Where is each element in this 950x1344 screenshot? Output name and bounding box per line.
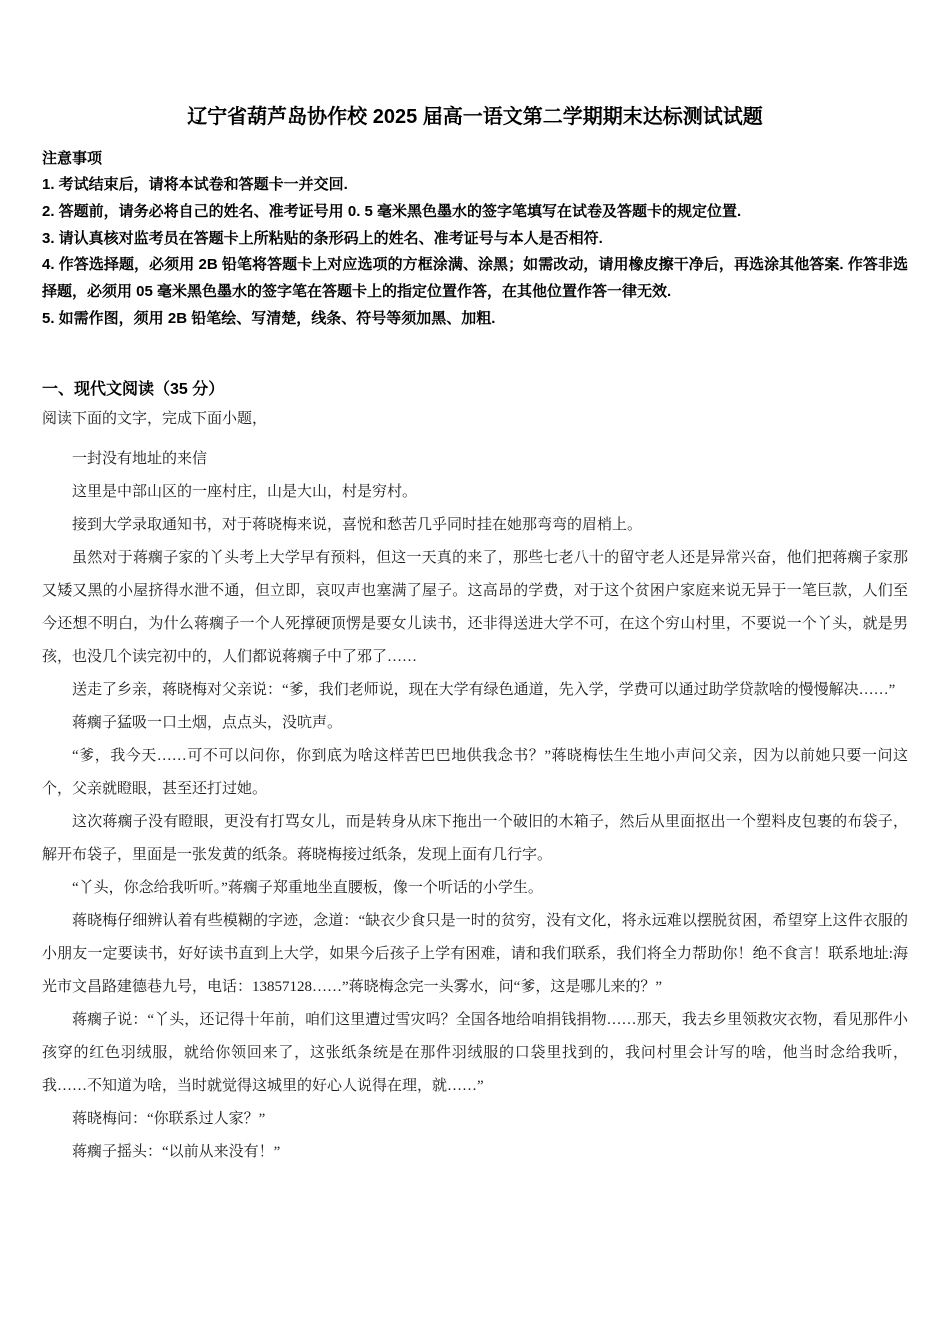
section-heading-modern-reading: 一、现代文阅读（35 分） (42, 378, 908, 402)
notice-item-5: 5. 如需作图，须用 2B 铅笔绘、写清楚，线条、符号等须加黑、加粗. (42, 306, 908, 333)
passage-paragraph: 蒋瘸子猛吸一口土烟，点点头，没吭声。 (42, 707, 908, 740)
page-title: 辽宁省葫芦岛协作校 2025 届高一语文第二学期期末达标测试试题 (42, 104, 908, 130)
notice-item-3: 3. 请认真核对监考员在答题卡上所粘贴的条形码上的姓名、准考证号与本人是否相符. (42, 226, 908, 253)
notice-item-4: 4. 作答选择题，必须用 2B 铅笔将答题卡上对应选项的方框涂满、涂黑；如需改动… (42, 252, 908, 305)
passage-paragraph: “爹，我今天……可不可以问你，你到底为啥这样苦巴巴地供我念书？”蒋晓梅怯生生地小… (42, 740, 908, 806)
notice-item-1: 1. 考试结束后，请将本试卷和答题卡一并交回. (42, 172, 908, 199)
exam-paper-page: 辽宁省葫芦岛协作校 2025 届高一语文第二学期期末达标测试试题 注意事项 1.… (0, 0, 950, 1344)
passage-paragraph: 这里是中部山区的一座村庄，山是大山，村是穷村。 (42, 476, 908, 509)
passage-paragraph: 送走了乡亲，蒋晓梅对父亲说：“爹，我们老师说，现在大学有绿色通道，先入学，学费可… (42, 674, 908, 707)
notice-heading: 注意事项 (42, 146, 908, 172)
notice-item-2: 2. 答题前，请务必将自己的姓名、准考证号用 0. 5 毫米黑色墨水的签字笔填写… (42, 199, 908, 226)
passage-paragraph: 接到大学录取通知书，对于蒋晓梅来说，喜悦和愁苦几乎同时挂在她那弯弯的眉梢上。 (42, 509, 908, 542)
passage-title-line: 一封没有地址的来信 (42, 443, 908, 476)
reading-passage: 一封没有地址的来信 这里是中部山区的一座村庄，山是大山，村是穷村。 接到大学录取… (42, 443, 908, 1169)
notice-section: 注意事项 1. 考试结束后，请将本试卷和答题卡一并交回. 2. 答题前，请务必将… (42, 146, 908, 332)
passage-paragraph: 蒋瘸子说：“丫头，还记得十年前，咱们这里遭过雪灾吗？全国各地给咱捐钱捐物……那天… (42, 1004, 908, 1103)
passage-paragraph: 虽然对于蒋瘸子家的丫头考上大学早有预料，但这一天真的来了，那些七老八十的留守老人… (42, 542, 908, 674)
passage-paragraph: 这次蒋瘸子没有瞪眼，更没有打骂女儿，而是转身从床下拖出一个破旧的木箱子，然后从里… (42, 806, 908, 872)
passage-paragraph: “丫头，你念给我听听。”蒋瘸子郑重地坐直腰板，像一个听话的小学生。 (42, 872, 908, 905)
section-intro: 阅读下面的文字，完成下面小题， (42, 406, 908, 433)
passage-paragraph: 蒋晓梅仔细辨认着有些模糊的字迹，念道：“缺衣少食只是一时的贫穷，没有文化，将永远… (42, 905, 908, 1004)
passage-paragraph: 蒋晓梅问：“你联系过人家？” (42, 1103, 908, 1136)
passage-paragraph: 蒋瘸子摇头：“以前从来没有！” (42, 1136, 908, 1169)
